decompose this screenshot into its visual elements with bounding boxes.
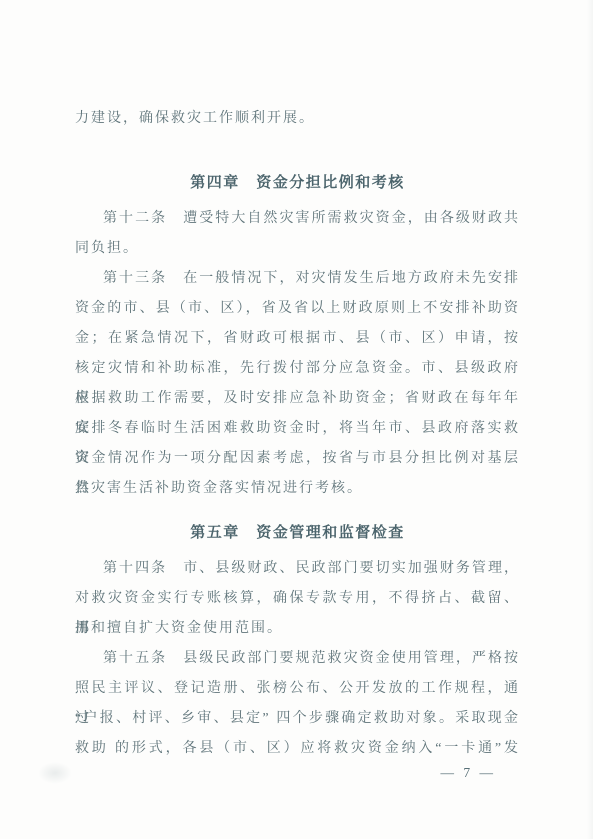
- article-13-line: 然灾害生活补助资金落实情况进行考核。: [75, 474, 520, 504]
- document-page: 力建设，确保救灾工作顺利开展。 第四章 资金分担比例和考核 第十二条 遭受特大自…: [0, 0, 593, 839]
- article-14-line: 对救灾资金实行专账核算，确保专款专用，不得挤占、截留、挪: [75, 584, 520, 614]
- article-15-line: “户报、村评、乡审、县定” 四个步骤确定救助对象。采取现金: [75, 704, 520, 734]
- article-13-line: 金；在紧急情况下，省财政可根据市、县（市、区）申请，按: [75, 324, 520, 354]
- article-15-line: 第十五条 县级民政部门要规范救灾资金使用管理，严格按: [75, 644, 520, 674]
- chapter-4-heading: 第四章 资金分担比例和考核: [75, 168, 520, 198]
- intro-continuation-line: 力建设，确保救灾工作顺利开展。: [75, 104, 520, 134]
- page-number: — 7 —: [75, 765, 520, 781]
- chapter-5-heading: 第五章 资金管理和监督检查: [75, 518, 520, 548]
- article-13-line: 根据救助工作需要，及时安排应急补助资金；省财政在每年年底: [75, 384, 520, 414]
- scan-artifact: [38, 762, 72, 784]
- article-13-line: 资金情况作为一项分配因素考虑，按省与市县分担比例对基层自: [75, 444, 520, 474]
- article-14-line: 第十四条 市、县级财政、民政部门要切实加强财务管理，: [75, 554, 520, 584]
- article-14-line: 用和擅自扩大资金使用范围。: [75, 614, 520, 644]
- scan-edge-shadow: [587, 0, 593, 839]
- article-13-line: 安排冬春临时生活困难救助资金时，将当年市、县政府落实救灾: [75, 414, 520, 444]
- article-12-line: 同负担。: [75, 234, 520, 264]
- article-13-line: 资金的市、县（市、区），省及省以上财政原则上不安排补助资: [75, 294, 520, 324]
- article-15-line: 救助 的形式，各县（市、区）应将救灾资金纳入“一卡通”发: [75, 734, 520, 764]
- article-15-line: 照民主评议、登记造册、张榜公布、公开发放的工作规程，通过: [75, 674, 520, 704]
- article-13-line: 核定灾情和补助标准，先行拨付部分应急资金。市、县级政府应: [75, 354, 520, 384]
- article-12-line: 第十二条 遭受特大自然灾害所需救灾资金，由各级财政共: [75, 204, 520, 234]
- document-content: 力建设，确保救灾工作顺利开展。 第四章 资金分担比例和考核 第十二条 遭受特大自…: [75, 0, 520, 781]
- article-13-line: 第十三条 在一般情况下，对灾情发生后地方政府未先安排: [75, 264, 520, 294]
